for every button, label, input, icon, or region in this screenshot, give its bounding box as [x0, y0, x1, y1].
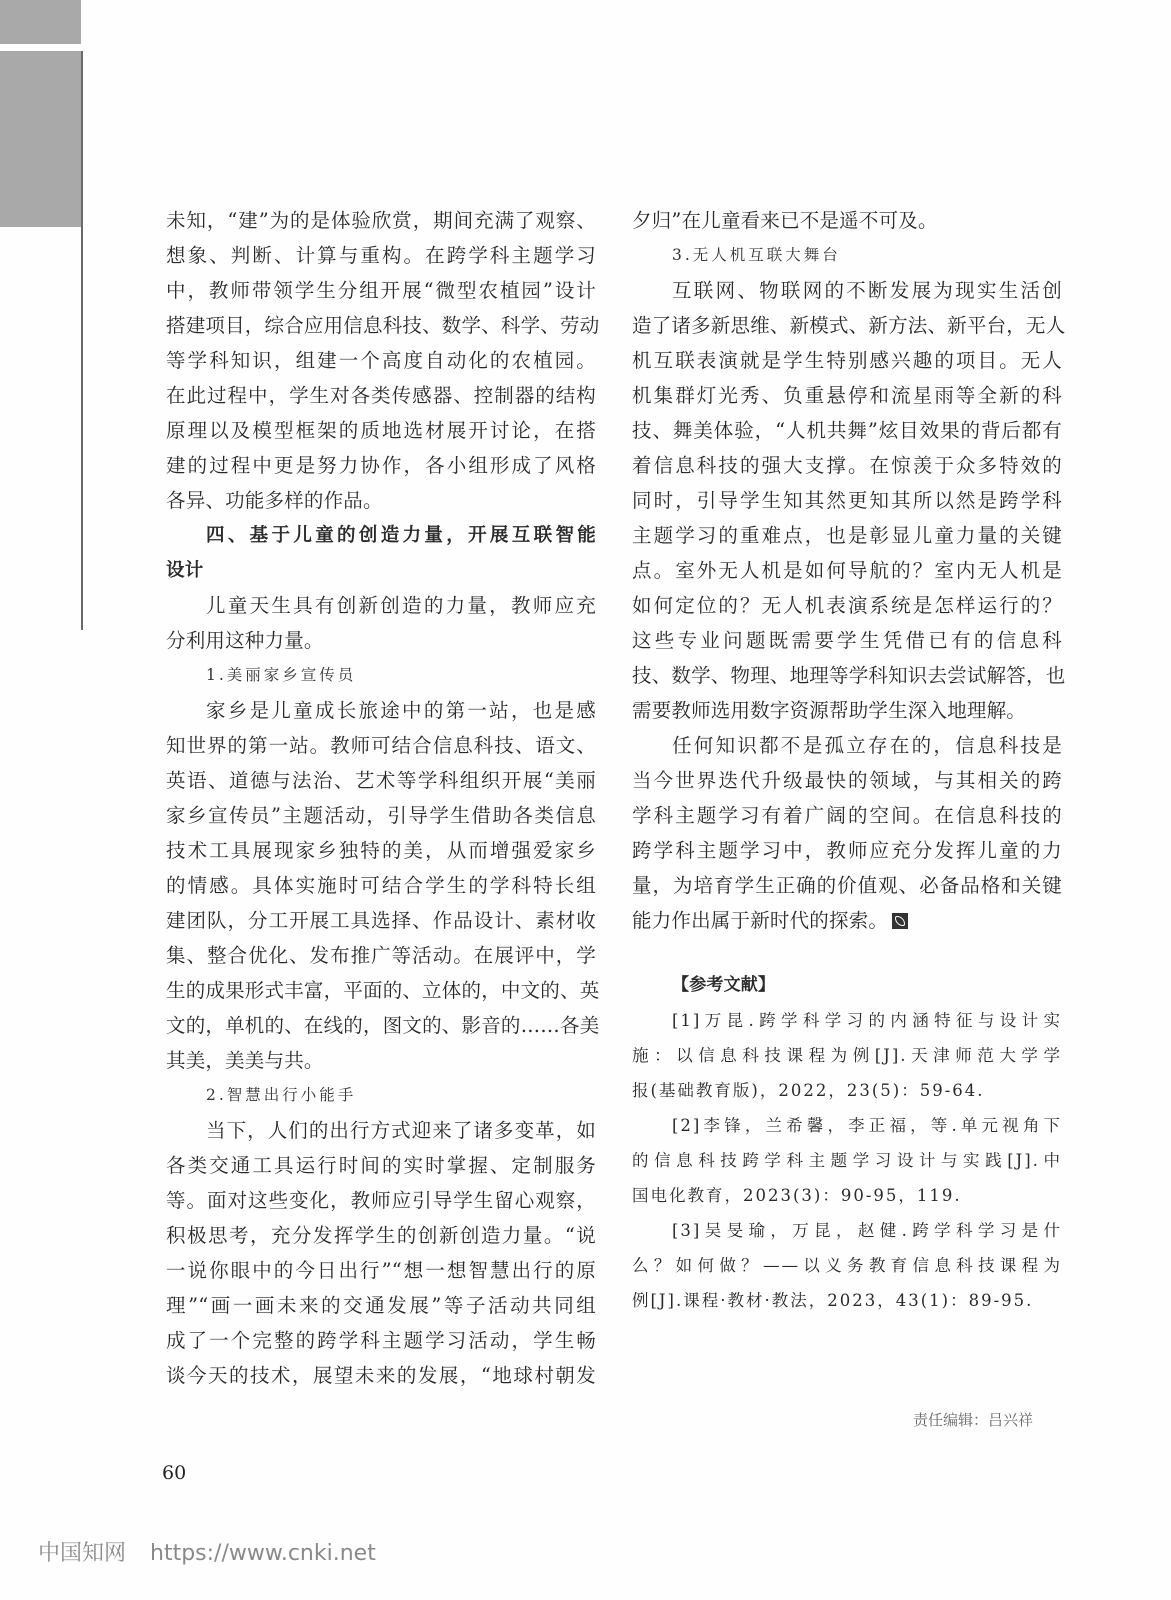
- heading-line: 设计: [166, 553, 596, 588]
- text-line: 想象、判断、计算与重构。在跨学科主题学习: [166, 238, 596, 273]
- text-line: 夕归”在儿童看来已不是遥不可及。: [632, 203, 1062, 238]
- text-line: 着信息科技的强大支撑。在惊羡于众多特效的: [632, 448, 1062, 483]
- text-line: 原理以及模型框架的质地选材展开讨论，在搭: [166, 413, 596, 448]
- text-line: 技、数学、物理、地理等学科知识去尝试解答，也: [632, 658, 1062, 693]
- subheading-3: 3.无人机互联大舞台: [632, 238, 1062, 273]
- references-heading: 【参考文献】: [632, 968, 1062, 1003]
- subsection-2-paragraph: 当下，人们的出行方式迎来了诸多变革，如 各类交通工具运行时间的实时掌握、定制服务…: [166, 1113, 596, 1393]
- text-line: [1]万昆.跨学科学习的内涵特征与设计实: [632, 1003, 1062, 1038]
- text-line: 互联网、物联网的不断发展为现实生活创: [632, 273, 1062, 308]
- reference-item: [1]万昆.跨学科学习的内涵特征与设计实 施：以信息科技课程为例[J].天津师范…: [632, 1003, 1062, 1108]
- text-line: 积极思考，充分发挥学生的创新创造力量。“说: [166, 1218, 596, 1253]
- text-line: 一说你眼中的今日出行”“想一想智慧出行的原: [166, 1253, 596, 1288]
- subsection-1-paragraph: 家乡是儿童成长旅途中的第一站，也是感 知世界的第一站。教师可结合信息科技、语文、…: [166, 693, 596, 1078]
- text-line: [3]吴旻瑜，万昆，赵健.跨学科学习是什: [632, 1213, 1062, 1248]
- text-line: 中，教师带领学生分组开展“微型农植园”设计: [166, 273, 596, 308]
- heading-text: 【参考文献】: [632, 968, 1062, 1003]
- text-line: 机互联表演就是学生特别感兴趣的项目。无人: [632, 343, 1062, 378]
- paragraph-continued: 夕归”在儿童看来已不是遥不可及。: [632, 203, 1062, 238]
- watermark: 中国知网https://www.cnki.net: [38, 1536, 400, 1567]
- text-line: 这些专业问题既需要学生凭借已有的信息科: [632, 623, 1062, 658]
- text-line: 各异、功能多样的作品。: [166, 483, 596, 518]
- text-line: 儿童天生具有创新创造的力量，教师应充: [166, 588, 596, 623]
- section-intro: 儿童天生具有创新创造的力量，教师应充 分利用这种力量。: [166, 588, 596, 658]
- subheading-text: 1.美丽家乡宣传员: [166, 658, 596, 693]
- text-line: 么？如何做？——以义务教育信息科技课程为: [632, 1248, 1062, 1283]
- text-line: 报(基础教育版)，2022，23(5)：59-64.: [632, 1073, 1062, 1108]
- reference-item: [3]吴旻瑜，万昆，赵健.跨学科学习是什 么？如何做？——以义务教育信息科技课程…: [632, 1213, 1062, 1318]
- text-line: 文的，单机的、在线的，图文的、影音的……各美: [166, 1008, 596, 1043]
- text-line: 等。面对这些变化，教师应引导学生留心观察，: [166, 1183, 596, 1218]
- text-line: 谈今天的技术，展望未来的发展，“地球村朝发: [166, 1358, 596, 1393]
- text-line: 知世界的第一站。教师可结合信息科技、语文、: [166, 728, 596, 763]
- references-list: [1]万昆.跨学科学习的内涵特征与设计实 施：以信息科技课程为例[J].天津师范…: [632, 1003, 1062, 1318]
- text-line: 如何定位的？无人机表演系统是怎样运行的？: [632, 588, 1062, 623]
- right-column: 夕归”在儿童看来已不是遥不可及。 3.无人机互联大舞台 互联网、物联网的不断发展…: [632, 203, 1062, 1318]
- text-line: 的信息科技跨学科主题学习设计与实践[J].中: [632, 1143, 1062, 1178]
- text-line: 建的过程中更是努力协作，各小组形成了风格: [166, 448, 596, 483]
- text-line: 施：以信息科技课程为例[J].天津师范大学学: [632, 1038, 1062, 1073]
- section-heading: 四、基于儿童的创造力量，开展互联智能 设计: [166, 518, 596, 588]
- text-line: 英语、道德与法治、艺术等学科组织开展“美丽: [166, 763, 596, 798]
- text-line: 集、整合优化、发布推广等活动。在展评中，学: [166, 938, 596, 973]
- conclusion-paragraph: 任何知识都不是孤立存在的，信息科技是 当今世界迭代升级最快的领域，与其相关的跨 …: [632, 728, 1062, 938]
- text-line: 建团队，分工开展工具选择、作品设计、素材收: [166, 903, 596, 938]
- text-line: 当今世界迭代升级最快的领域，与其相关的跨: [632, 763, 1062, 798]
- text-line: 分利用这种力量。: [166, 623, 596, 658]
- text-line: 任何知识都不是孤立存在的，信息科技是: [632, 728, 1062, 763]
- text-line: 其美，美美与共。: [166, 1043, 596, 1078]
- text-line: 同时，引导学生知其然更知其所以然是跨学科: [632, 483, 1062, 518]
- text-line: 量，为培育学生正确的价值观、必备品格和关键: [632, 868, 1062, 903]
- text-line: 家乡是儿童成长旅途中的第一站，也是感: [166, 693, 596, 728]
- left-column: 未知，“建”为的是体验欣赏，期间充满了观察、 想象、判断、计算与重构。在跨学科主…: [166, 203, 596, 1393]
- subheading-1: 1.美丽家乡宣传员: [166, 658, 596, 693]
- text-line: 家乡宣传员”主题活动，引导学生借助各类信息: [166, 798, 596, 833]
- margin-tab: [0, 51, 81, 227]
- spacer: [632, 938, 1062, 968]
- text-line: 国电化教育，2023(3)：90-95，119.: [632, 1178, 1062, 1213]
- text-line: 理”“画一画未来的交通发展”等子活动共同组: [166, 1288, 596, 1323]
- paragraph-continued: 未知，“建”为的是体验欣赏，期间充满了观察、 想象、判断、计算与重构。在跨学科主…: [166, 203, 596, 518]
- text-line: 成了一个完整的跨学科主题学习活动，学生畅: [166, 1323, 596, 1358]
- text-fragment: 能力作出属于新时代的探索。: [632, 909, 888, 932]
- text-line: 生的成果形式丰富，平面的、立体的，中文的、英: [166, 973, 596, 1008]
- text-line: 机集群灯光秀、负重悬停和流星雨等全新的科: [632, 378, 1062, 413]
- subheading-text: 2.智慧出行小能手: [166, 1078, 596, 1113]
- text-line: 等学科知识，组建一个高度自动化的农植园。: [166, 343, 596, 378]
- text-line: 在此过程中，学生对各类传感器、控制器的结构: [166, 378, 596, 413]
- text-line: 未知，“建”为的是体验欣赏，期间充满了观察、: [166, 203, 596, 238]
- text-line: 搭建项目，综合应用信息科技、数学、科学、劳动: [166, 308, 596, 343]
- margin-tab-top: [0, 0, 81, 44]
- text-line: 的情感。具体实施时可结合学生的学科特长组: [166, 868, 596, 903]
- subheading-2: 2.智慧出行小能手: [166, 1078, 596, 1113]
- text-line: 当下，人们的出行方式迎来了诸多变革，如: [166, 1113, 596, 1148]
- heading-line: 四、基于儿童的创造力量，开展互联智能: [166, 518, 596, 553]
- text-line: 技术工具展现家乡独特的美，从而增强爱家乡: [166, 833, 596, 868]
- page-number: 60: [162, 1462, 186, 1484]
- text-line: 各类交通工具运行时间的实时掌握、定制服务: [166, 1148, 596, 1183]
- text-line: [2]李锋，兰希馨，李正福，等.单元视角下: [632, 1108, 1062, 1143]
- subsection-3-paragraph: 互联网、物联网的不断发展为现实生活创 造了诸多新思维、新模式、新方法、新平台，无…: [632, 273, 1062, 728]
- text-line: 点。室外无人机是如何导航的？室内无人机是: [632, 553, 1062, 588]
- article-end-icon: [892, 913, 908, 929]
- text-line: 需要教师选用数字资源帮助学生深入地理解。: [632, 693, 1062, 728]
- text-line: 造了诸多新思维、新模式、新方法、新平台，无人: [632, 308, 1062, 343]
- text-line: 例[J].课程·教材·教法，2023，43(1)：89-95.: [632, 1283, 1062, 1318]
- text-line: 跨学科主题学习中，教师应充分发挥儿童的力: [632, 833, 1062, 868]
- text-line: 技、舞美体验，“人机共舞”炫目效果的背后都有: [632, 413, 1062, 448]
- text-line: 能力作出属于新时代的探索。: [632, 903, 1062, 938]
- margin-rule: [81, 51, 83, 630]
- editor-credit: 责任编辑：吕兴祥: [913, 1409, 1033, 1430]
- reference-item: [2]李锋，兰希馨，李正福，等.单元视角下 的信息科技跨学科主题学习设计与实践[…: [632, 1108, 1062, 1213]
- subheading-text: 3.无人机互联大舞台: [632, 238, 1062, 273]
- watermark-url[interactable]: https://www.cnki.net: [150, 1541, 376, 1566]
- watermark-brand: 中国知网: [38, 1541, 126, 1566]
- text-line: 主题学习的重难点，也是彰显儿童力量的关键: [632, 518, 1062, 553]
- text-line: 学科主题学习有着广阔的空间。在信息科技的: [632, 798, 1062, 833]
